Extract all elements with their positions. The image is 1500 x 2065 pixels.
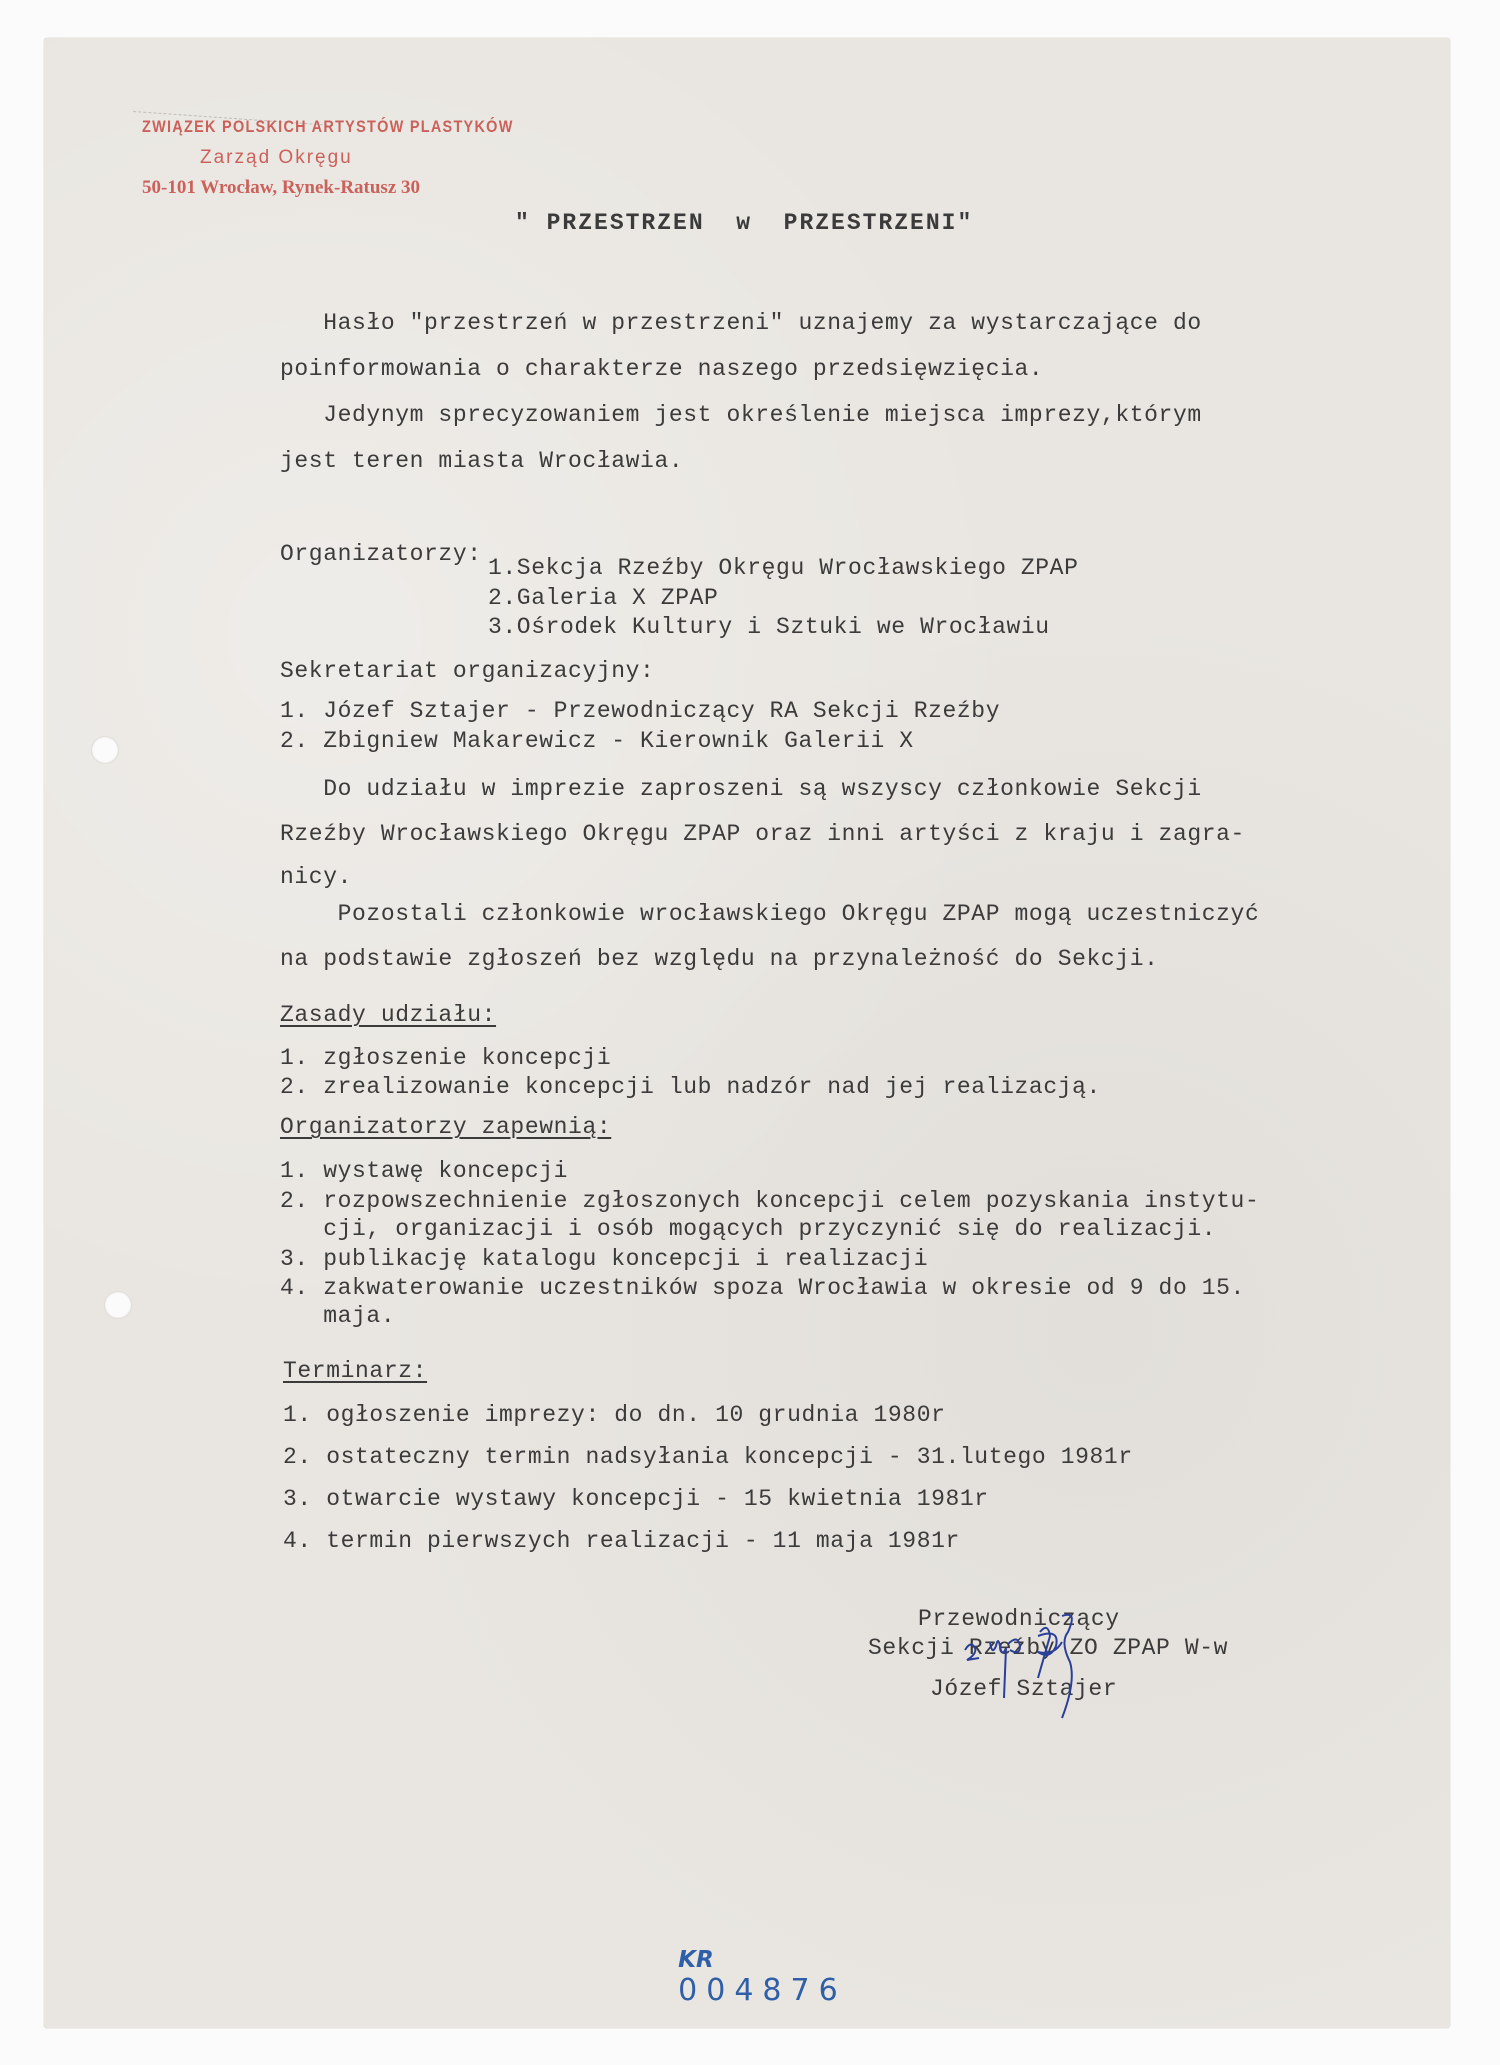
rule-item: 2. zrealizowanie koncepcji lub nadzór na… — [280, 1076, 1101, 1099]
schedule-item: 2. ostateczny termin nadsyłania koncepcj… — [283, 1446, 1133, 1469]
provision-item: 1. wystawę koncepcji — [280, 1160, 568, 1183]
provision-item: 4. zakwaterowanie uczestników spoza Wroc… — [280, 1277, 1245, 1300]
stamp-line-address: 50-101 Wrocław, Rynek-Ratusz 30 — [142, 178, 420, 197]
text-line: poinformowania o charakterze naszego prz… — [280, 358, 1043, 381]
text-line: Jedynym sprecyzowaniem jest określenie m… — [280, 404, 1202, 427]
secretariat-item: 1. Józef Sztajer - Przewodniczący RA Sek… — [280, 700, 1000, 723]
secretariat-label: Sekretariat organizacyjny: — [280, 660, 654, 683]
organizer-item: 3.Ośrodek Kultury i Sztuki we Wrocławiu — [488, 616, 1050, 639]
schedule-heading: Terminarz: — [283, 1360, 427, 1383]
provision-item: 3. publikację katalogu koncepcji i reali… — [280, 1248, 928, 1271]
stamp-line-organization: ZWIĄZEK POLSKICH ARTYSTÓW PLASTYKÓW — [142, 118, 514, 135]
text-line: Do udziału w imprezie zaproszeni są wszy… — [280, 778, 1202, 801]
schedule-item: 3. otwarcie wystawy koncepcji - 15 kwiet… — [283, 1488, 989, 1511]
handwritten-signature-icon — [960, 1612, 1100, 1732]
provisions-heading: Organizatorzy zapewnią: — [280, 1116, 611, 1139]
provision-item: 2. rozpowszechnienie zgłoszonych koncepc… — [280, 1190, 1259, 1213]
organizer-item: 2.Galeria X ZPAP — [488, 587, 718, 610]
document-sheet — [44, 38, 1450, 2028]
text-line: jest teren miasta Wrocławia. — [280, 450, 683, 473]
rules-heading: Zasady udziału: — [280, 1004, 496, 1027]
document-title: " PRZESTRZEN w PRZESTRZENI" — [515, 212, 973, 235]
organizers-label: Organizatorzy: — [280, 543, 482, 566]
provision-item: cji, organizacji i osób mogących przyczy… — [280, 1218, 1216, 1241]
punch-hole-icon — [104, 1291, 132, 1319]
text-line: Rzeźby Wrocławskiego Okręgu ZPAP oraz in… — [280, 823, 1245, 846]
organizer-item: 1.Sekcja Rzeźby Okręgu Wrocławskiego ZPA… — [488, 557, 1079, 580]
rule-item: 1. zgłoszenie koncepcji — [280, 1047, 611, 1070]
text-line: nicy. — [280, 866, 352, 889]
serial-prefix: KR — [678, 1947, 714, 1973]
text-line: Pozostali członkowie wrocławskiego Okręg… — [280, 903, 1259, 926]
text-line: na podstawie zgłoszeń bez względu na prz… — [280, 948, 1159, 971]
serial-number: 004876 — [678, 1973, 847, 2008]
secretariat-item: 2. Zbigniew Makarewicz - Kierownik Galer… — [280, 730, 914, 753]
schedule-item: 4. termin pierwszych realizacji - 11 maj… — [283, 1530, 960, 1553]
stamp-line-board: Zarząd Okręgu — [200, 148, 353, 167]
provision-item: maja. — [280, 1305, 395, 1328]
schedule-item: 1. ogłoszenie imprezy: do dn. 10 grudnia… — [283, 1404, 946, 1427]
text-line: Hasło "przestrzeń w przestrzeni" uznajem… — [280, 312, 1202, 335]
archive-serial-number: KR 004876 — [668, 1928, 847, 2008]
punch-hole-icon — [91, 736, 119, 764]
